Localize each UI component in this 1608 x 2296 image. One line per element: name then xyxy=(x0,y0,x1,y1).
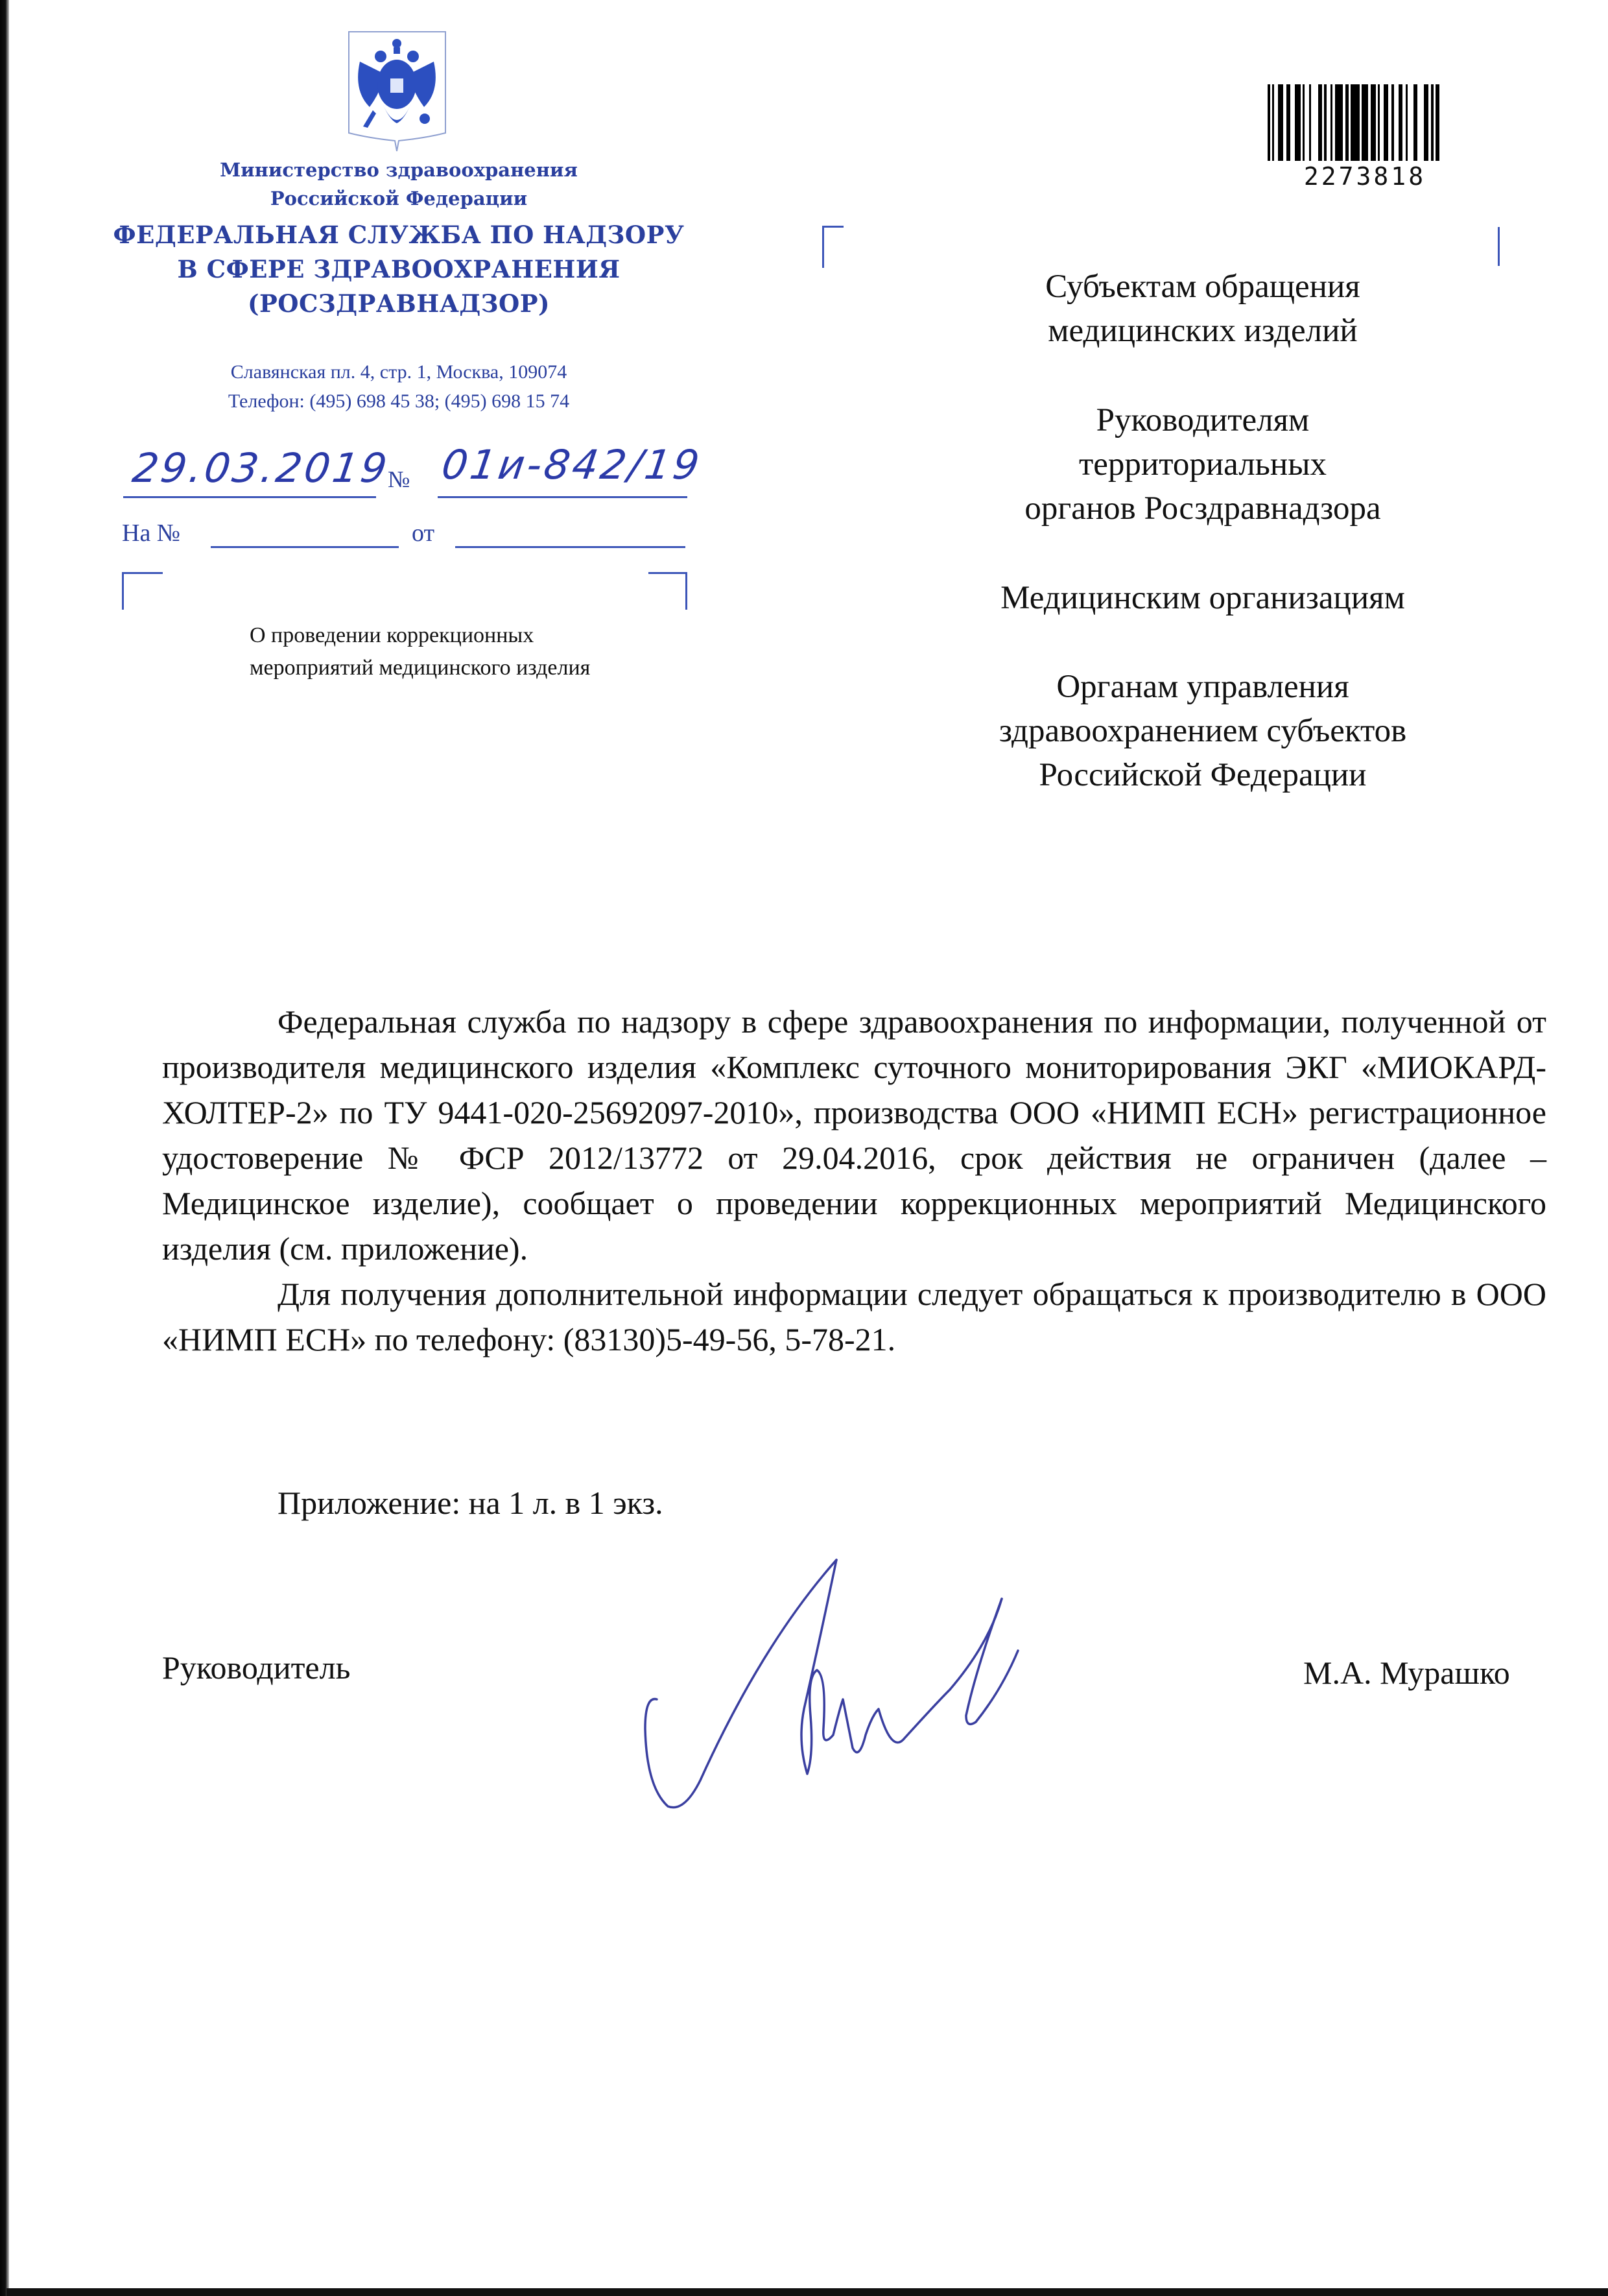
recipient-3-line-1: Медицинским организациям xyxy=(934,576,1472,620)
handwritten-signature xyxy=(639,1540,1144,1819)
ministry-line-1: Министерство здравоохранения xyxy=(107,156,691,184)
recipient-4-line-2: здравоохранением субъектов xyxy=(934,709,1472,753)
from-label: от xyxy=(412,519,434,547)
recipient-3: Медицинским организациям xyxy=(934,576,1472,620)
date-underline xyxy=(123,496,376,498)
signer-position: Руководитель xyxy=(162,1649,350,1686)
barcode xyxy=(1268,84,1462,161)
service-line-2: В СФЕРЕ ЗДРАВООХРАНЕНИЯ xyxy=(107,252,691,287)
letter-body: Федеральная служба по надзору в сфере зд… xyxy=(162,999,1546,1362)
registration-number: 01и-842/19 xyxy=(439,441,705,488)
scan-bottom-edge xyxy=(6,2288,1608,2296)
number-underline xyxy=(438,496,687,498)
coat-of-arms-icon xyxy=(347,29,447,152)
recipient-1: Субъектам обращения медицинских изделий xyxy=(934,265,1472,353)
number-sign: № xyxy=(388,466,410,493)
signer-name: М.А. Мурашко xyxy=(1303,1654,1510,1692)
body-paragraph-1: Федеральная служба по надзору в сфере зд… xyxy=(162,999,1546,1271)
address: Славянская пл. 4, стр. 1, Москва, 109074 xyxy=(107,357,691,387)
recipient-2: Руководителям территориальных органов Ро… xyxy=(934,398,1472,531)
recipient-2-line-2: территориальных xyxy=(934,442,1472,486)
recipient-bracket-left xyxy=(822,226,844,268)
barcode-number: 2273818 xyxy=(1268,162,1462,191)
recipient-1-line-2: медицинских изделий xyxy=(934,309,1472,353)
recipient-1-line-1: Субъектам обращения xyxy=(934,265,1472,309)
phone: Телефон: (495) 698 45 38; (495) 698 15 7… xyxy=(107,387,691,416)
subject-bracket-left xyxy=(122,572,163,610)
subject-line-1: О проведении коррекционных xyxy=(250,619,534,652)
service-line-1: ФЕДЕРАЛЬНАЯ СЛУЖБА ПО НАДЗОРУ xyxy=(107,218,691,252)
body-paragraph-2: Для получения дополнительной информации … xyxy=(162,1271,1546,1362)
ministry-line-2: Российской Федерации xyxy=(107,184,691,213)
recipient-2-line-3: органов Росздравнадзора xyxy=(934,486,1472,531)
recipient-4-line-1: Органам управления xyxy=(934,665,1472,709)
reply-to-field[interactable] xyxy=(211,546,399,548)
from-field[interactable] xyxy=(455,546,685,548)
scan-left-edge xyxy=(0,0,9,2296)
recipient-2-line-1: Руководителям xyxy=(934,398,1472,442)
subject-bracket-right xyxy=(648,572,687,610)
reply-to-label: На № xyxy=(122,519,180,547)
recipient-bracket-right xyxy=(1498,227,1500,266)
subject-line-2: мероприятий медицинского изделия xyxy=(250,652,590,684)
recipient-4: Органам управления здравоохранением субъ… xyxy=(934,665,1472,797)
recipient-4-line-3: Российской Федерации xyxy=(934,753,1472,797)
attachment-note: Приложение: на 1 л. в 1 экз. xyxy=(278,1484,663,1522)
service-line-3: (РОСЗДРАВНАДЗОР) xyxy=(107,287,691,321)
registration-date: 29.03.2019 xyxy=(130,444,392,492)
